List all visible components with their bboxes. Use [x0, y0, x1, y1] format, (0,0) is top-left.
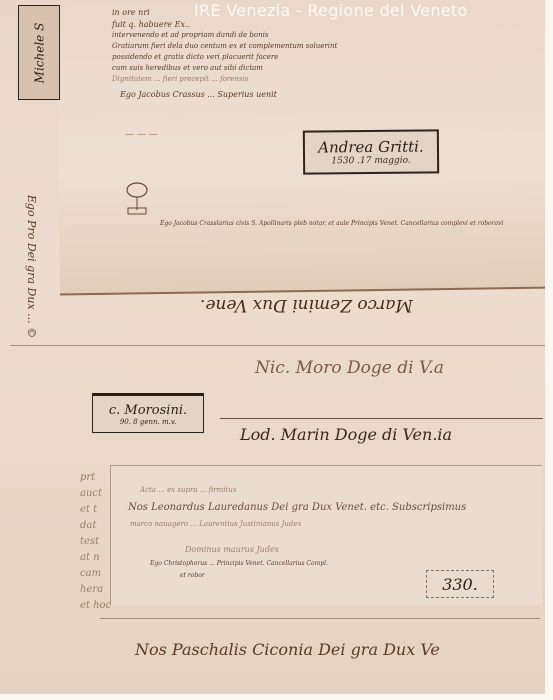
label-name: Michele S	[32, 22, 46, 83]
text-line: cam	[80, 566, 111, 582]
signature-moro-doge: Nic. Moro Doge di V.a	[255, 358, 444, 378]
top-doc-line: fuit q. habuere Ex..	[112, 20, 190, 29]
top-doc-line: Ego Jacobus Crassus ... Superius uenit	[120, 90, 277, 99]
leonardus-notary-line: Ego Christophorus ... Principis Venet. C…	[150, 560, 328, 567]
label-name: Andrea Gritti.	[318, 138, 424, 157]
text-line: dat	[80, 518, 111, 534]
bottom-margin	[0, 694, 553, 700]
signature-leonardus: Nos Leonardus Lauredanus Dei gra Dux Ven…	[128, 502, 466, 513]
archive-number: 330.	[442, 575, 478, 594]
top-doc-line: Dignitatem ... fieri precepit ... forens…	[112, 75, 248, 83]
notary-sign-icon	[122, 178, 152, 216]
text-line: et hoc	[80, 598, 111, 614]
fold-line	[100, 618, 540, 619]
vertical-left-signature: Ego Pro Dei gra Dux ... ©	[25, 195, 38, 338]
label-michele: Michele S	[18, 5, 60, 100]
top-doc-line: Ego Jacobus Crasslarius civis S. Apollin…	[160, 220, 503, 227]
faint-notary-line: — — —	[125, 130, 158, 140]
label-name: c. Morosini.	[109, 403, 187, 418]
text-line: test	[80, 534, 111, 550]
text-line: auct	[80, 486, 111, 502]
signature-marin-doge: Lod. Marin Doge di Ven.ia	[240, 425, 452, 444]
archival-collage-photo: in ore nri fuit q. habuere Ex.. interven…	[0, 0, 553, 700]
leonardus-subline: Dominus maurus Judex	[185, 545, 279, 554]
leonardus-notary-line: et robor	[180, 572, 205, 579]
top-doc-line: possidendo et gratis dicto veri placueri…	[112, 53, 278, 61]
label-date: 1530 .17 maggio.	[331, 156, 410, 167]
bottom-left-text-column: prt auct et t dat test at n cam hera et …	[80, 470, 111, 614]
archive-number-tag: 330.	[426, 570, 494, 598]
text-line: at n	[80, 550, 111, 566]
sheet-edge	[220, 418, 543, 419]
right-margin	[545, 0, 553, 700]
leonardus-subline: marco nauagero ... Laurentius Justinianu…	[130, 520, 302, 528]
signature-marco-inverted: Marco Zemini Dux Vene.	[200, 295, 413, 315]
top-doc-line: in ore nri	[112, 8, 150, 17]
top-doc-line: cum suis heredibus et vero aut sibi dict…	[112, 64, 263, 72]
label-morosini: c. Morosini. 90. 8 genn. m.v.	[92, 393, 204, 433]
fold-line	[10, 345, 553, 346]
signature-paschalis: Nos Paschalis Ciconia Dei gra Dux Ve	[135, 640, 440, 659]
text-line: prt	[80, 470, 111, 486]
label-date: 90. 8 genn. m.v.	[120, 418, 176, 426]
watermark-text: IRE Venezia - Regione del Veneto	[194, 1, 468, 20]
text-line: hera	[80, 582, 111, 598]
label-andrea-gritti: Andrea Gritti. 1530 .17 maggio.	[303, 129, 439, 174]
top-doc-line: Gratiarum fieri dela duo centum ex et co…	[112, 42, 337, 50]
text-line: et t	[80, 502, 111, 518]
top-doc-line: intervenendo et ad propriam dandi de bon…	[112, 31, 268, 39]
bottom-doc-top-line: Acta ... ex supra ... firmitus	[140, 486, 236, 494]
